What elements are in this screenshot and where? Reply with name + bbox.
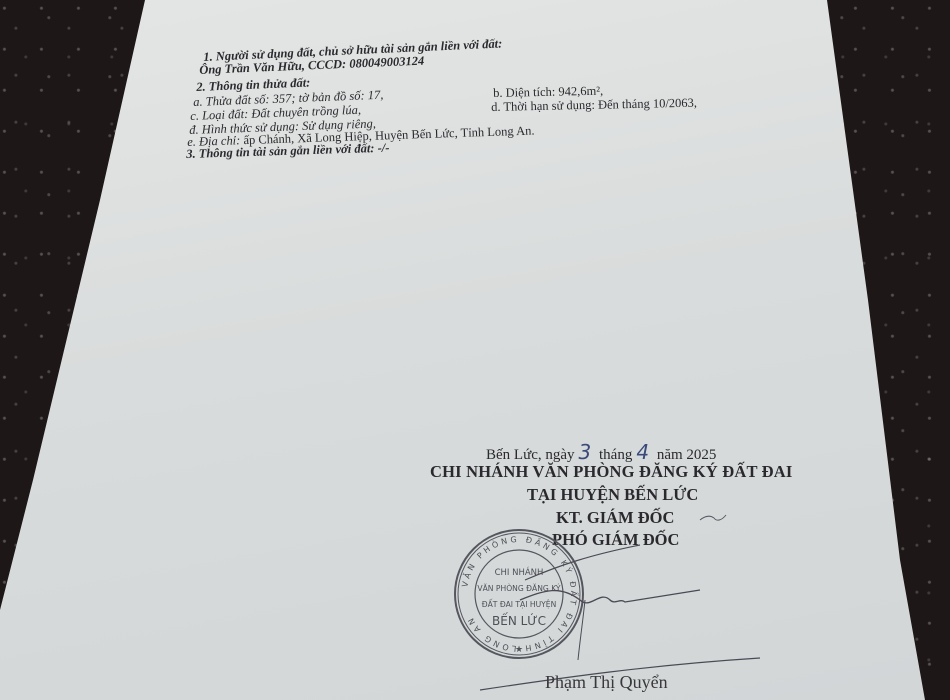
year-label: năm 2025 bbox=[657, 447, 717, 463]
org-line-1: CHI NHÁNH VĂN PHÒNG ĐĂNG KÝ ĐẤT ĐAI bbox=[430, 462, 793, 482]
stamp-line-3: ĐẤT ĐAI TẠI HUYỆN bbox=[482, 599, 557, 609]
handwritten-month: 4 bbox=[636, 440, 649, 464]
month-label: tháng bbox=[599, 447, 632, 463]
title-deputy-prefix: KT. GIÁM ĐỐC bbox=[556, 508, 674, 528]
stamp-line-1: CHI NHÁNH bbox=[495, 566, 544, 578]
date-prefix: Bến Lức, ngày bbox=[486, 447, 575, 463]
stamp-line-4: BẾN LỨC bbox=[492, 612, 546, 628]
date-line: Bến Lức, ngày3 tháng4 năm 2025 bbox=[486, 440, 716, 464]
signer-name: Phạm Thị Quyển bbox=[545, 672, 668, 693]
org-line-2: TẠI HUYỆN BẾN LỨC bbox=[527, 485, 698, 505]
stamp-ring-text: VĂN PHÒNG ĐĂNG KÝ ĐẤT ĐAI TỈNH LONG AN bbox=[460, 535, 580, 653]
handwritten-day: 3 bbox=[579, 440, 592, 464]
official-stamp: VĂN PHÒNG ĐĂNG KÝ ĐẤT ĐAI TỈNH LONG AN ★… bbox=[452, 527, 586, 661]
stamp-line-2: VĂN PHÒNG ĐĂNG KÝ bbox=[477, 584, 560, 593]
stamp-star-icon: ★ bbox=[515, 644, 523, 654]
